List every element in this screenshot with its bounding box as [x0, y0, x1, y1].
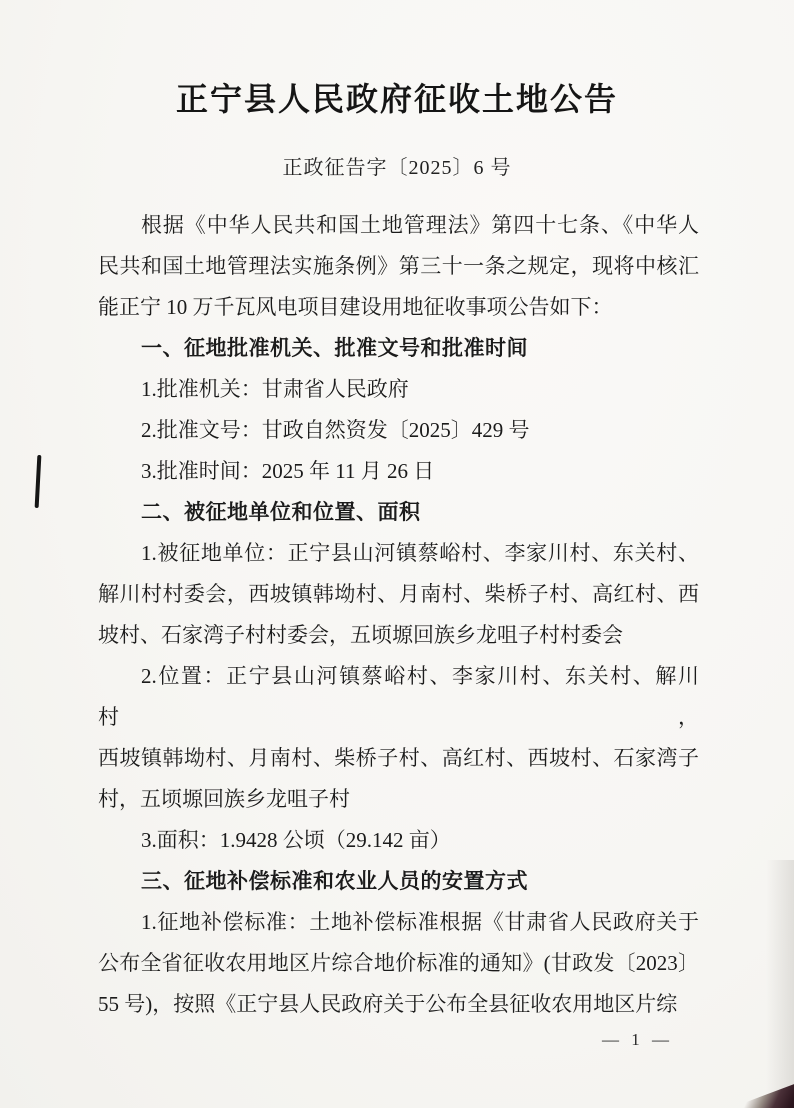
doc-line: 55 号)，按照《正宁县人民政府关于公布全县征收农用地区片综	[98, 984, 699, 1025]
ink-mark-artifact	[35, 455, 42, 508]
document-body: 根据《中华人民共和国土地管理法》第四十七条、《中华人 民共和国土地管理法实施条例…	[98, 205, 699, 1025]
doc-line: 2.位置：正宁县山河镇蔡峪村、李家川村、东关村、解川村，	[98, 656, 699, 738]
doc-section-heading: 三、征地补偿标准和农业人员的安置方式	[98, 861, 699, 902]
page-number: — 1 —	[602, 1030, 673, 1050]
doc-line: 公布全省征收农用地区片综合地价标准的通知》(甘政发〔2023〕	[98, 943, 699, 984]
doc-line: 能正宁 10 万千瓦风电项目建设用地征收事项公告如下：	[98, 287, 699, 328]
doc-line: 3.面积：1.9428 公顷（29.142 亩）	[98, 820, 699, 861]
doc-line: 坡村、石家湾子村村委会，五顷塬回族乡龙咀子村村委会	[98, 615, 699, 656]
doc-line: 解川村村委会，西坡镇韩坳村、月南村、柴桥子村、高红村、西	[98, 574, 699, 615]
doc-section-heading: 一、征地批准机关、批准文号和批准时间	[98, 328, 699, 369]
doc-line: 1.批准机关：甘肃省人民政府	[98, 369, 699, 410]
doc-line: 村，五顷塬回族乡龙咀子村	[98, 779, 699, 820]
doc-line: 西坡镇韩坳村、月南村、柴桥子村、高红村、西坡村、石家湾子	[98, 738, 699, 779]
document-title: 正宁县人民政府征收土地公告	[0, 74, 794, 120]
doc-line: 根据《中华人民共和国土地管理法》第四十七条、《中华人	[98, 205, 699, 246]
doc-line: 2.批准文号：甘政自然资发〔2025〕429 号	[98, 410, 699, 451]
page-edge-shadow	[766, 860, 794, 1108]
doc-line: 民共和国土地管理法实施条例》第三十一条之规定，现将中核汇	[98, 246, 699, 287]
scanned-document-page: 正宁县人民政府征收土地公告 正政征告字〔2025〕6 号 根据《中华人民共和国土…	[0, 0, 794, 1108]
doc-section-heading: 二、被征地单位和位置、面积	[98, 492, 699, 533]
document-number: 正政征告字〔2025〕6 号	[0, 151, 794, 180]
doc-line: 3.批准时间：2025 年 11 月 26 日	[98, 451, 699, 492]
doc-line: 1.被征地单位：正宁县山河镇蔡峪村、李家川村、东关村、	[98, 533, 699, 574]
doc-line: 1.征地补偿标准：土地补偿标准根据《甘肃省人民政府关于	[98, 902, 699, 943]
